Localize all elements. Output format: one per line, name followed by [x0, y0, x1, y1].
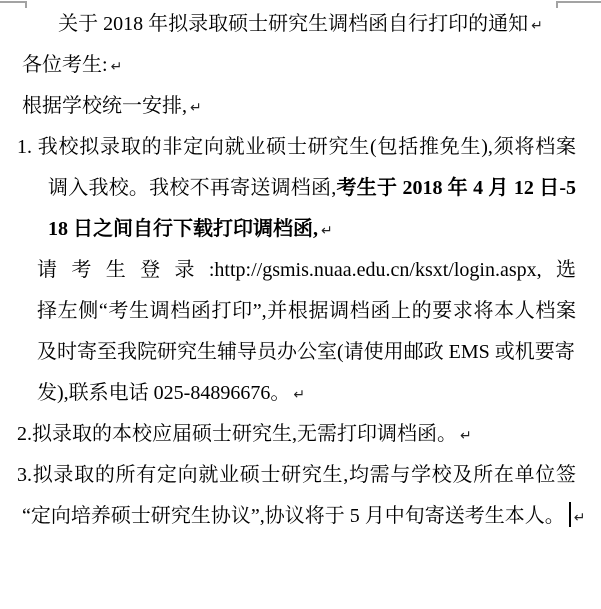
text-segment: 择左侧“考生调档函打印”,并根据调档函上的要求将本人档案 [37, 300, 576, 322]
text-line: 各位考生:↵ [22, 45, 601, 86]
text-segment: 2.拟录取的本校应届硕士研究生,无需打印调档函。 [17, 423, 457, 445]
document-title: 关于 2018 年拟录取硕士研究生调档函自行打印的通知↵ [0, 4, 601, 45]
text-line: “定向培养硕士研究生协议”,协议将于 5 月中旬寄送考生本人。↵ [22, 496, 601, 537]
bold-text-segment: 18 日之间自行下载打印调档函, [48, 218, 318, 240]
paragraph-mark-icon: ↵ [574, 510, 586, 526]
text-segment: 1. 我校拟录取的非定向就业硕士研究生(包括推免生),须将档案 [17, 136, 576, 158]
text-segment: 发),联系电话 025-84896676。 [37, 382, 290, 404]
text-line: 发),联系电话 025-84896676。↵ [37, 373, 601, 414]
text-boundary-mark-top-left [0, 1, 27, 3]
text-line: 2.拟录取的本校应届硕士研究生,无需打印调档函。↵ [17, 414, 601, 455]
text-line: 18 日之间自行下载打印调档函,↵ [48, 209, 601, 250]
text-line: 调入我校。我校不再寄送调档函,考生于 2018 年 4 月 12 日-5 月 [48, 168, 576, 209]
text-segment: “定向培养硕士研究生协议”,协议将于 5 月中旬寄送考生本人。 [22, 505, 565, 527]
document-title-text: 关于 2018 年拟录取硕士研究生调档函自行打印的通知 [58, 13, 528, 35]
document-content[interactable]: 关于 2018 年拟录取硕士研究生调档函自行打印的通知↵ 各位考生:↵根据学校统… [0, 4, 601, 537]
text-line: 择左侧“考生调档函打印”,并根据调档函上的要求将本人档案 [37, 291, 576, 332]
paragraph-mark-icon: ↵ [321, 223, 333, 239]
paragraph-mark-icon: ↵ [531, 18, 543, 34]
text-segment: 请考生登录:http://gsmis.nuaa.edu.cn/ksxt/logi… [37, 259, 576, 281]
paragraph-mark-icon: ↵ [293, 387, 305, 403]
text-segment: 及时寄至我院研究生辅导员办公室(请使用邮政 EMS 或机要寄 [37, 341, 575, 363]
paragraph-mark-icon: ↵ [190, 100, 202, 116]
text-boundary-mark-top-right [556, 1, 601, 3]
document-body: 各位考生:↵根据学校统一安排,↵1. 我校拟录取的非定向就业硕士研究生(包括推免… [0, 45, 601, 537]
text-segment: 调入我校。我校不再寄送调档函, [48, 177, 336, 199]
text-cursor [569, 502, 571, 527]
text-line: 及时寄至我院研究生辅导员办公室(请使用邮政 EMS 或机要寄 [37, 332, 601, 373]
text-line: 根据学校统一安排,↵ [22, 86, 601, 127]
text-segment: 3.拟录取的所有定向就业硕士研究生,均需与学校及所在单位签订 [17, 464, 576, 496]
text-segment: 各位考生: [22, 54, 108, 76]
paragraph-mark-icon: ↵ [460, 428, 472, 444]
word-document-page: 关于 2018 年拟录取硕士研究生调档函自行打印的通知↵ 各位考生:↵根据学校统… [0, 0, 601, 609]
text-line: 1. 我校拟录取的非定向就业硕士研究生(包括推免生),须将档案 [17, 127, 576, 168]
text-line: 3.拟录取的所有定向就业硕士研究生,均需与学校及所在单位签订 [17, 455, 576, 496]
paragraph-mark-icon: ↵ [111, 59, 123, 75]
text-segment: 根据学校统一安排, [22, 95, 187, 117]
text-line: 请考生登录:http://gsmis.nuaa.edu.cn/ksxt/logi… [37, 250, 576, 291]
